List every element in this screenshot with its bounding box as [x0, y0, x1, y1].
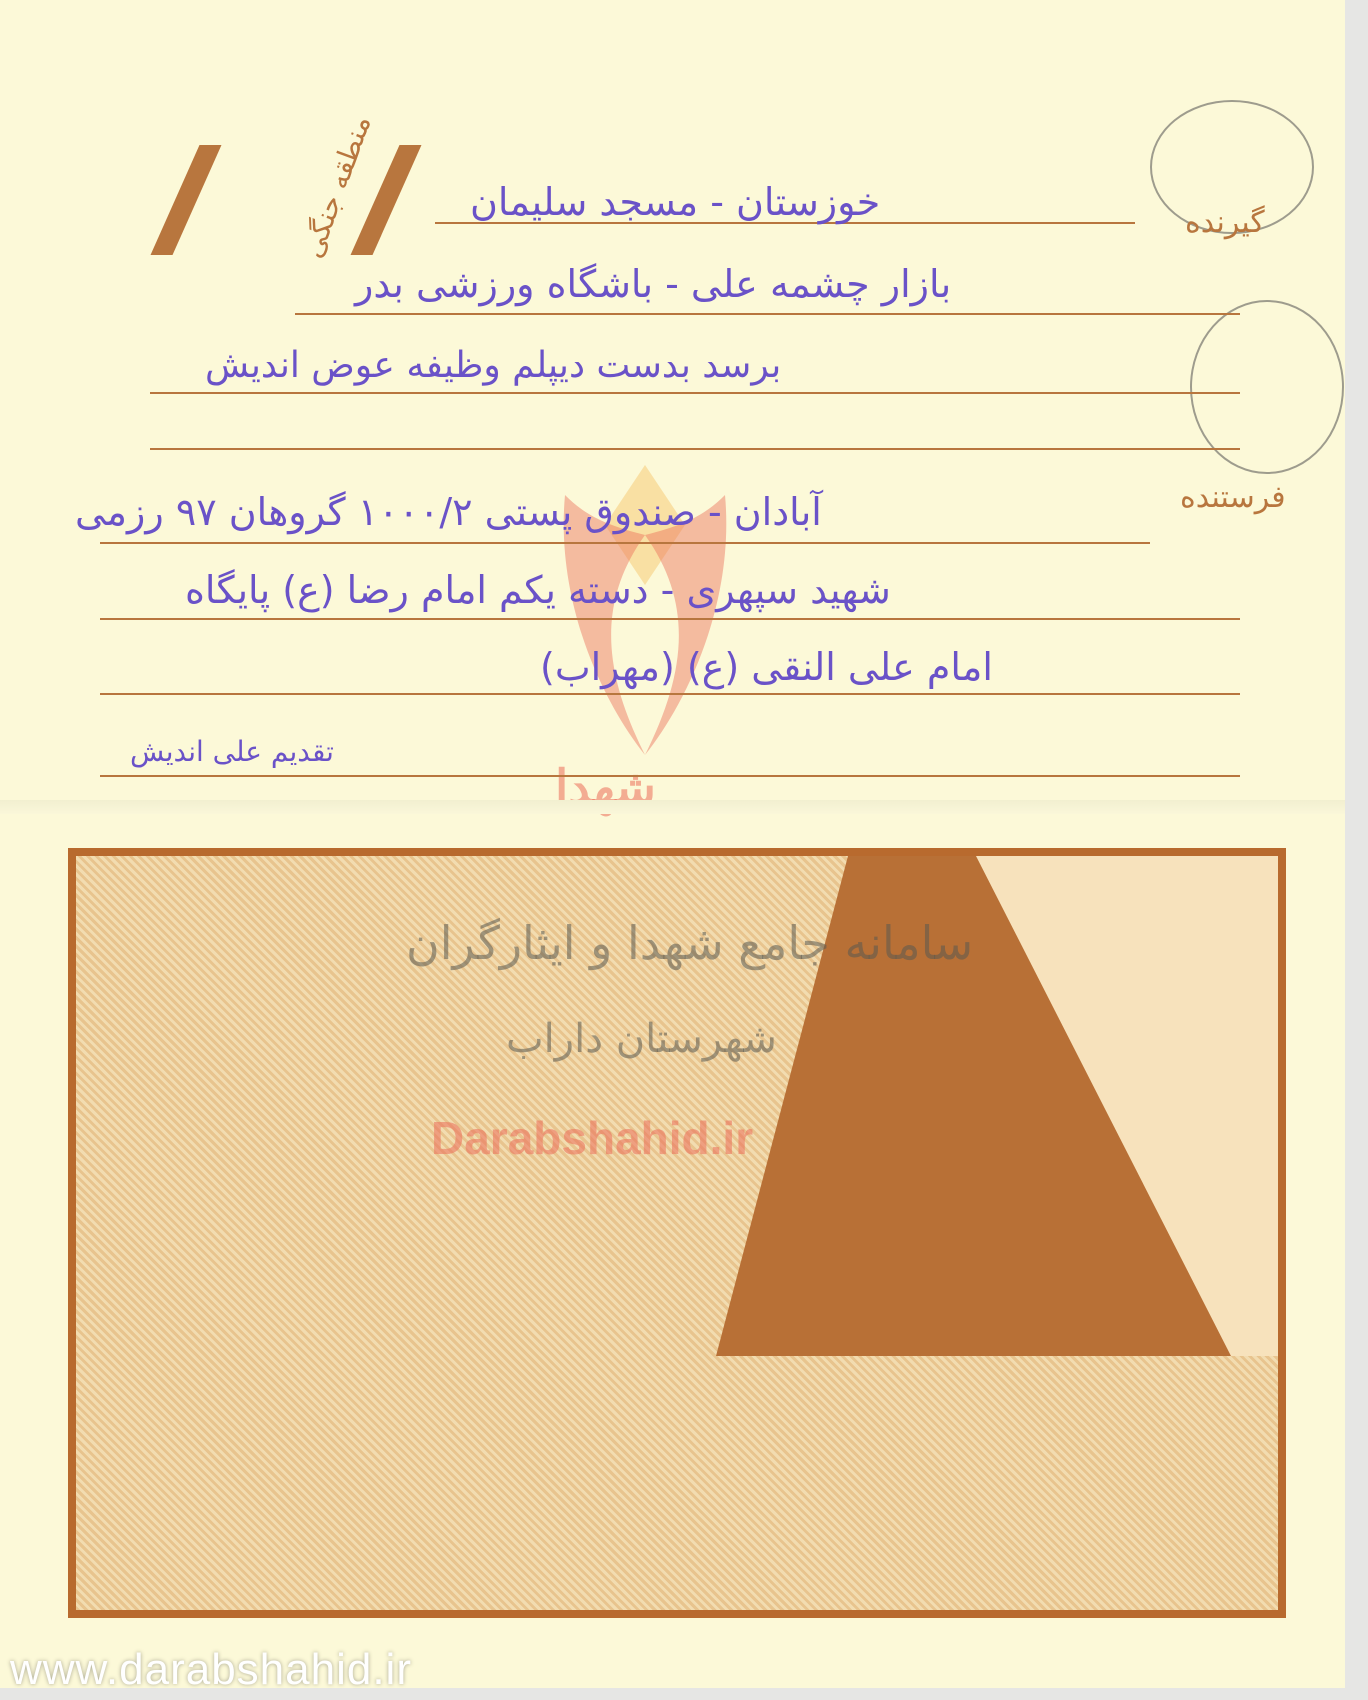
printed-photo-frame: سامانه جامع شهدا و ایثارگران شهرستان دار… — [68, 848, 1286, 1618]
latin-watermark: Darabshahid.ir — [431, 1111, 753, 1165]
sender-label: فرستنده — [1180, 480, 1286, 515]
decorative-bar-left — [151, 145, 222, 255]
ruled-line — [150, 448, 1240, 450]
ruled-line — [295, 313, 1240, 315]
sender-line-3: امام علی النقی (ع) (مهراب) — [540, 645, 993, 689]
ruled-line — [100, 775, 1240, 777]
sender-signature: تقدیم علی اندیش — [130, 735, 334, 768]
sender-line-1: آبادان - صندوق پستی ۱۰۰۰/۲ گروهان ۹۷ رزم… — [75, 490, 822, 534]
envelope-paper: منطقه جنگی گیرنده خوزستان - مسجد سلیمان … — [0, 0, 1345, 1688]
ruled-line — [100, 542, 1150, 544]
ruled-line — [150, 392, 1240, 394]
caption-watermark-line-1: سامانه جامع شهدا و ایثارگران — [406, 916, 973, 970]
recipient-label: گیرنده — [1185, 205, 1265, 240]
paper-fold — [0, 800, 1345, 814]
caption-watermark-line-2: شهرستان داراب — [506, 1016, 777, 1062]
footer-url: www.darabshahid.ir — [10, 1645, 412, 1695]
ruled-line — [100, 618, 1240, 620]
sender-line-2: شهید سپهری - دسته یکم امام رضا (ع) پایگا… — [185, 568, 891, 612]
recipient-line-3: برسد بدست دیپلم وظیفه عوض اندیش — [205, 345, 781, 386]
recipient-line-2: بازار چشمه علی - باشگاه ورزشی بدر — [355, 262, 951, 306]
ruled-line — [100, 693, 1240, 695]
recipient-line-1: خوزستان - مسجد سلیمان — [470, 180, 880, 224]
